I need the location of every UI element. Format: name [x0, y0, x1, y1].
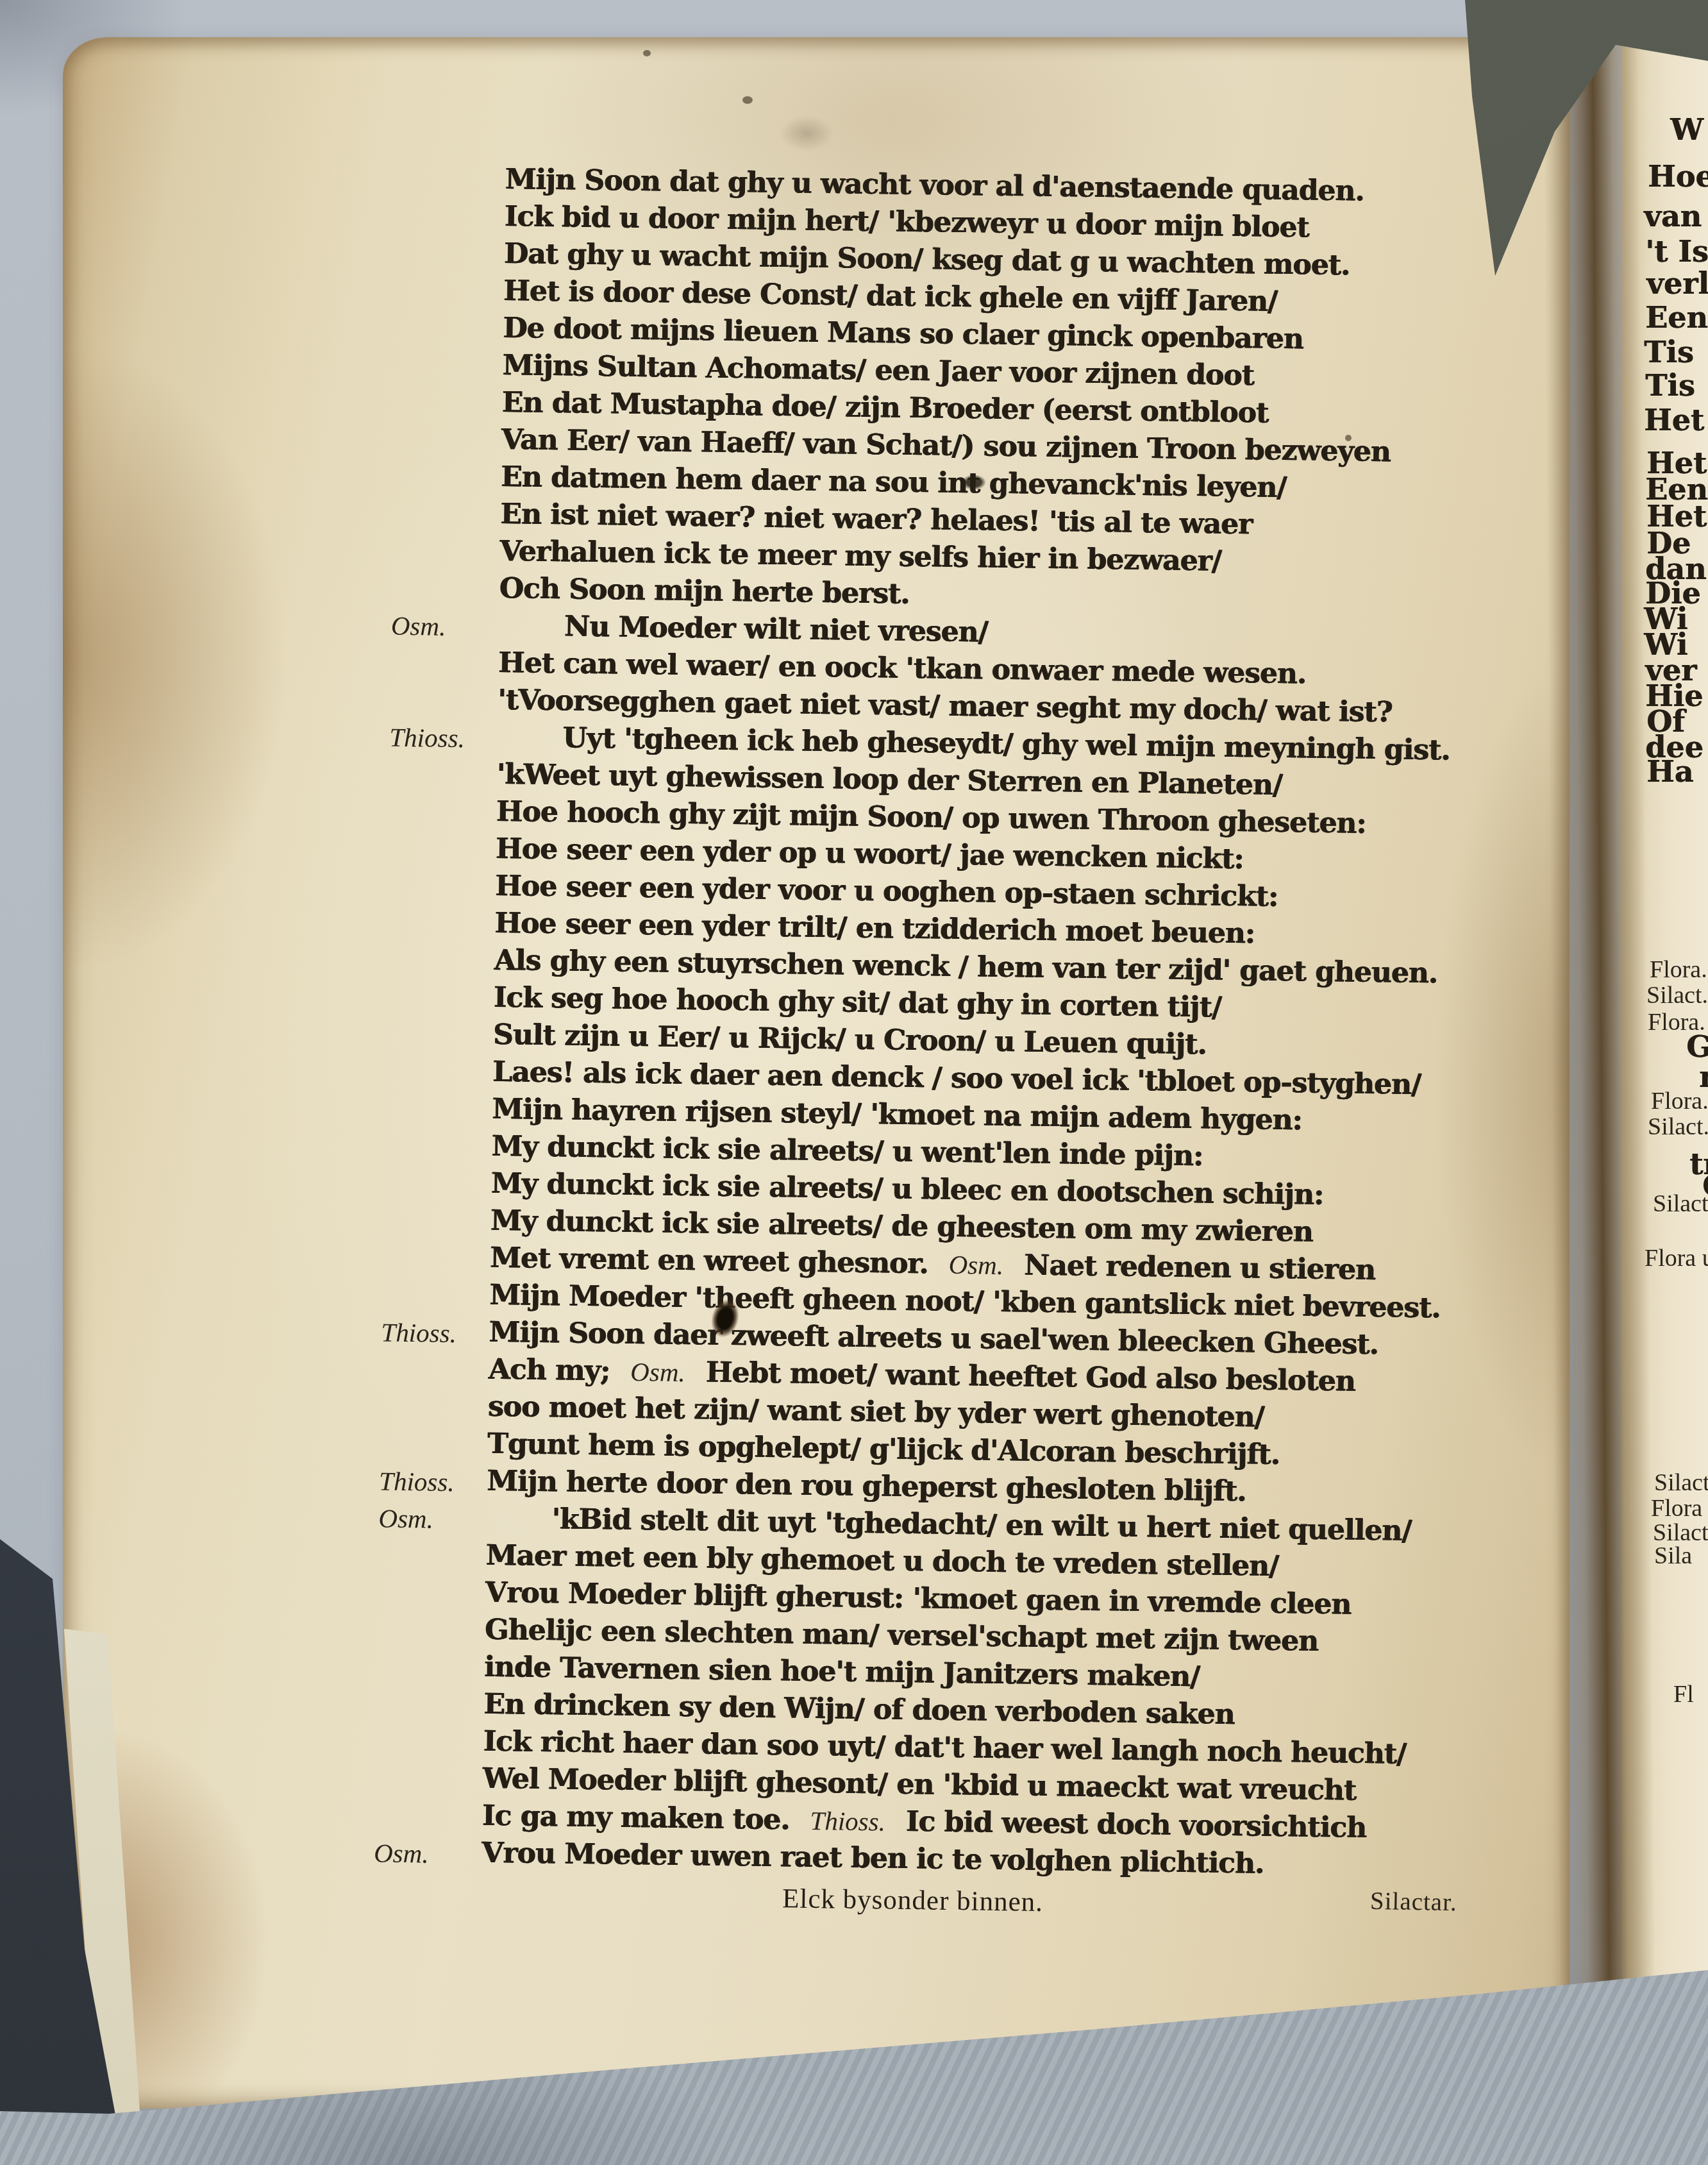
text-fragment: Silact: [1654, 1469, 1708, 1497]
verse-text: Mijn Soon dat ghy u wacht voor al d'aens…: [505, 163, 1364, 208]
ink-blot: [962, 475, 986, 490]
text-fragment: Een: [1645, 300, 1708, 335]
speaker-label: Thioss.: [379, 1465, 455, 1497]
verse-text: Ic ga my maken toe.: [482, 1799, 790, 1837]
text-fragment: Flora uy: [1645, 1244, 1708, 1272]
text-fragment: G: [1686, 1029, 1708, 1064]
text-fragment: Flora.: [1650, 956, 1707, 984]
text-block: Mijn Soon dat ghy u wacht voor al d'aens…: [481, 163, 1458, 1923]
verse-text: Nu Moeder wilt niet vresen/: [564, 610, 988, 648]
text-fragment: Het: [1644, 403, 1704, 437]
text-fragment: van d: [1644, 199, 1708, 233]
paper-speck: [742, 96, 753, 104]
text-fragment: verl: [1646, 266, 1708, 301]
speaker-label: Osm.: [378, 1503, 433, 1534]
speaker-label: Thioss.: [381, 1317, 456, 1349]
speaker-label: Thioss.: [789, 1805, 906, 1837]
text-fragment: Ha: [1646, 754, 1693, 789]
text-fragment: Tis: [1645, 368, 1695, 403]
text-fragment: Silact.: [1648, 1113, 1708, 1141]
text-fragment: Fl: [1673, 1680, 1694, 1708]
text-fragment: Silact. M: [1646, 981, 1708, 1009]
speaker-label: Osm.: [374, 1837, 429, 1869]
speaker-label: Osm.: [610, 1356, 706, 1387]
speaker-label: Osm.: [928, 1249, 1024, 1280]
catchword: Silactar.: [1370, 1887, 1457, 1917]
photo-of-open-book: { "colors": { "paper": "#e7dcc0", "paper…: [0, 0, 1708, 2165]
speaker-label: Thioss.: [389, 722, 465, 754]
text-fragment: 't Is: [1645, 234, 1708, 269]
speaker-label: Osm.: [391, 611, 446, 642]
stage-direction: Elck bysonder binnen.: [481, 1879, 1434, 1924]
text-fragment: Sila: [1654, 1542, 1692, 1570]
text-fragment: Hoe l: [1648, 159, 1708, 194]
verse-text: Och Soon mijn herte berst.: [499, 572, 910, 611]
verse-text: Ach my;: [488, 1353, 610, 1388]
verse-text: Met vremt en wreet ghesnor.: [490, 1242, 928, 1281]
text-fragment: Tis: [1644, 335, 1694, 369]
gutter-shadow: [1542, 0, 1657, 2165]
text-fragment: Silact.: [1653, 1190, 1708, 1218]
paper-speck: [643, 50, 651, 56]
paper-speck: [1345, 435, 1352, 441]
verse-text: Ic bid weest doch voorsichtich: [906, 1805, 1367, 1844]
text-fragment: Flora.: [1651, 1087, 1708, 1115]
verse-text: Naet redenen u stieren: [1024, 1249, 1376, 1286]
book-left-page: Mijn Soon dat ghy u wacht voor al d'aens…: [63, 37, 1570, 2109]
text-fragment: W: [1670, 112, 1704, 147]
